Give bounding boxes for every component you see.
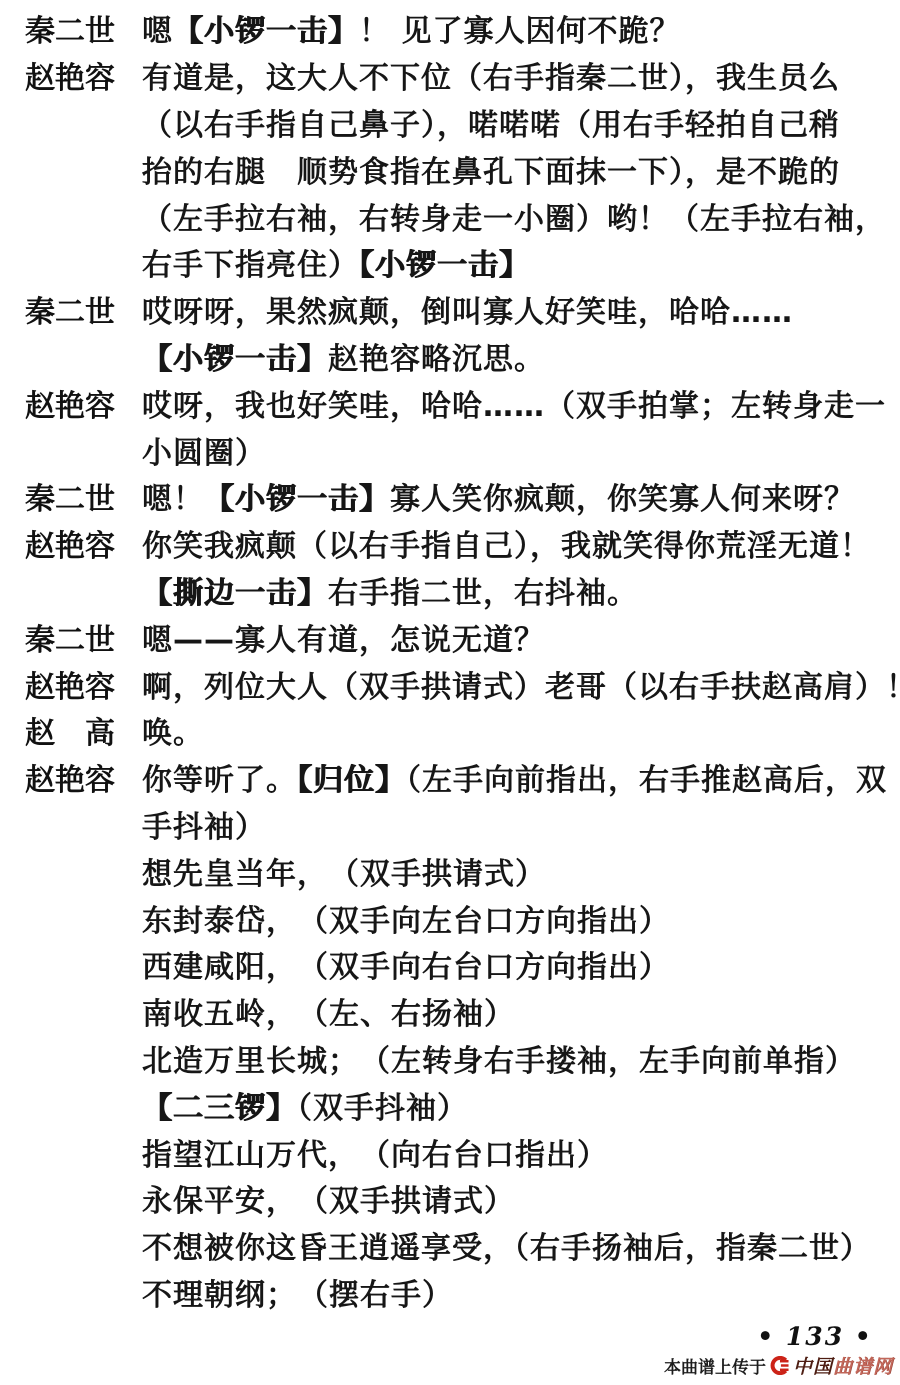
site-name: 中国曲谱网 [793, 1352, 893, 1379]
script-line: 南收五岭， （左、右扬袖） [0, 988, 900, 1035]
line-text: 嗯！【小锣一击】寡人笑你疯颠，你笑寡人何来呀？ [142, 474, 900, 518]
line-text: 西建咸阳， （双手向右台口方向指出） [142, 942, 900, 986]
line-text: 哎呀，我也好笑哇，哈哈……（双手拍掌；左转身走一 [142, 381, 900, 425]
script-line: （左手拉右袖，右转身走一小圈）哟！（左手拉右袖， [0, 192, 900, 239]
speaker-name: 赵艳容 [0, 662, 142, 706]
watermark-prefix: 本曲谱上传于 [664, 1353, 766, 1378]
script-line: （以右手指自己鼻子），喏喏喏（用右手轻拍自己稍 [0, 99, 900, 146]
music-site-logo-icon [770, 1356, 789, 1375]
speaker-name: 秦二世 [0, 6, 142, 50]
line-text: 指望江山万代， （向右台口指出） [142, 1130, 900, 1174]
line-text: 你等听了。【归位】（左手向前指出，右手推赵高后，双 [142, 755, 900, 799]
script-line: 手抖袖） [0, 801, 900, 848]
line-text: 东封泰岱， （双手向左台口方向指出） [142, 896, 900, 940]
line-text: 哎呀呀，果然疯颠，倒叫寡人好笑哇，哈哈…… [142, 287, 900, 331]
site-name-light: 曲谱网 [833, 1356, 893, 1378]
speaker-name: 赵艳容 [0, 521, 142, 565]
script-line: 秦二世 哎呀呀，果然疯颠，倒叫寡人好笑哇，哈哈…… [0, 286, 900, 333]
speaker-name: 赵艳容 [0, 53, 142, 97]
script-line: 赵艳容 啊，列位大人（双手拱请式）老哥（以右手扶赵高肩）！ [0, 660, 900, 707]
script-line: 【二三锣】（双手抖袖） [0, 1081, 900, 1128]
speaker-name: 赵艳容 [0, 755, 142, 799]
script-body: 秦二世 嗯【小锣一击】！ 见了寡人因何不跪？ 赵艳容 有道是，这大人不下位（右手… [0, 5, 900, 1315]
speaker-name: 秦二世 [0, 615, 142, 659]
script-line: 不想被你这昏王逍遥享受，（右手扬袖后，指秦二世） [0, 1222, 900, 1269]
line-text: 手抖袖） [142, 802, 900, 846]
line-text: 南收五岭， （左、右扬袖） [142, 989, 900, 1033]
script-line: 秦二世 嗯！【小锣一击】寡人笑你疯颠，你笑寡人何来呀？ [0, 473, 900, 520]
site-name-dark: 中国 [793, 1356, 833, 1378]
script-line: 赵艳容 你等听了。【归位】（左手向前指出，右手推赵高后，双 [0, 754, 900, 801]
script-line: 秦二世 嗯【小锣一击】！ 见了寡人因何不跪？ [0, 5, 900, 52]
speaker-name: 秦二世 [0, 474, 142, 518]
script-line: 赵艳容 哎呀，我也好笑哇，哈哈……（双手拍掌；左转身走一 [0, 379, 900, 426]
line-text: 【小锣一击】赵艳容略沉思。 [142, 334, 900, 378]
line-text: 【撕边一击】右手指二世，右抖袖。 [142, 568, 900, 612]
watermark: 本曲谱上传于 中国曲谱网 [664, 1352, 893, 1379]
line-text: 嗯【小锣一击】！ 见了寡人因何不跪？ [142, 6, 900, 50]
line-text: 抬的右腿 顺势食指在鼻孔下面抹一下），是不跪的 [142, 147, 900, 191]
script-line: 秦二世 嗯——寡人有道，怎说无道？ [0, 613, 900, 660]
line-text: 不想被你这昏王逍遥享受，（右手扬袖后，指秦二世） [142, 1223, 900, 1267]
line-text: （左手拉右袖，右转身走一小圈）哟！（左手拉右袖， [142, 194, 900, 238]
speaker-name: 赵艳容 [0, 381, 142, 425]
script-line: 右手下指亮住）【小锣一击】 [0, 239, 900, 286]
line-text: 想先皇当年， （双手拱请式） [142, 849, 900, 893]
script-line: 【小锣一击】赵艳容略沉思。 [0, 333, 900, 380]
line-text: 不理朝纲； （摆右手） [142, 1270, 900, 1314]
line-text: 有道是，这大人不下位（右手指秦二世），我生员么 [142, 53, 900, 97]
script-line: 赵艳容 有道是，这大人不下位（右手指秦二世），我生员么 [0, 52, 900, 99]
speaker-name: 秦二世 [0, 287, 142, 331]
line-text: 小圆圈） [142, 428, 900, 472]
line-text: 右手下指亮住）【小锣一击】 [142, 240, 900, 284]
line-text: 你笑我疯颠（以右手指自己），我就笑得你荒淫无道！ [142, 521, 900, 565]
line-text: 嗯——寡人有道，怎说无道？ [142, 615, 900, 659]
script-line: 抬的右腿 顺势食指在鼻孔下面抹一下），是不跪的 [0, 145, 900, 192]
script-line: 指望江山万代， （向右台口指出） [0, 1128, 900, 1175]
script-line: 【撕边一击】右手指二世，右抖袖。 [0, 567, 900, 614]
script-line: 西建咸阳， （双手向右台口方向指出） [0, 941, 900, 988]
line-text: 唤。 [142, 708, 900, 752]
script-line: 赵艳容 你笑我疯颠（以右手指自己），我就笑得你荒淫无道！ [0, 520, 900, 567]
script-line: 不理朝纲； （摆右手） [0, 1269, 900, 1316]
line-text: 啊，列位大人（双手拱请式）老哥（以右手扶赵高肩）！ [142, 662, 900, 706]
speaker-name: 赵 高 [0, 708, 142, 752]
script-line: 小圆圈） [0, 426, 900, 473]
script-line: 想先皇当年， （双手拱请式） [0, 847, 900, 894]
script-line: 永保平安， （双手拱请式） [0, 1175, 900, 1222]
script-page: 秦二世 嗯【小锣一击】！ 见了寡人因何不跪？ 赵艳容 有道是，这大人不下位（右手… [0, 0, 900, 1385]
script-line: 赵 高 唤。 [0, 707, 900, 754]
line-text: （以右手指自己鼻子），喏喏喏（用右手轻拍自己稍 [142, 100, 900, 144]
page-number: • 133 • [755, 1322, 875, 1351]
line-text: 【二三锣】（双手抖袖） [142, 1083, 900, 1127]
script-line: 东封泰岱， （双手向左台口方向指出） [0, 894, 900, 941]
line-text: 北造万里长城； （左转身右手搂袖，左手向前单指） [142, 1036, 900, 1080]
script-line: 北造万里长城； （左转身右手搂袖，左手向前单指） [0, 1035, 900, 1082]
line-text: 永保平安， （双手拱请式） [142, 1176, 900, 1220]
